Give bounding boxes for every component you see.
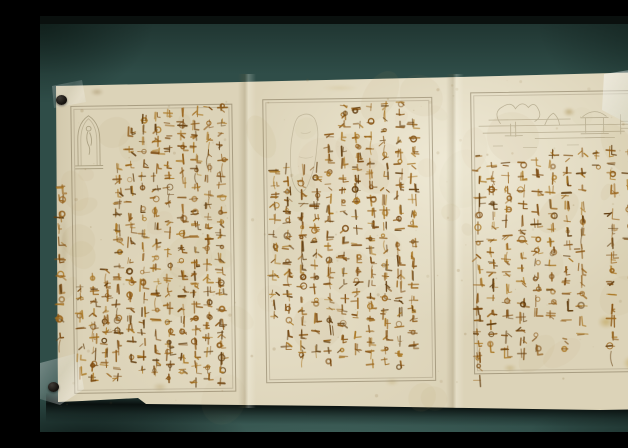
pin-bottom-left (48, 382, 59, 392)
document-tilt-group (40, 16, 628, 432)
museum-photo (40, 16, 628, 432)
pin-top-left (56, 95, 67, 105)
handwritten-text-columns (40, 16, 628, 432)
